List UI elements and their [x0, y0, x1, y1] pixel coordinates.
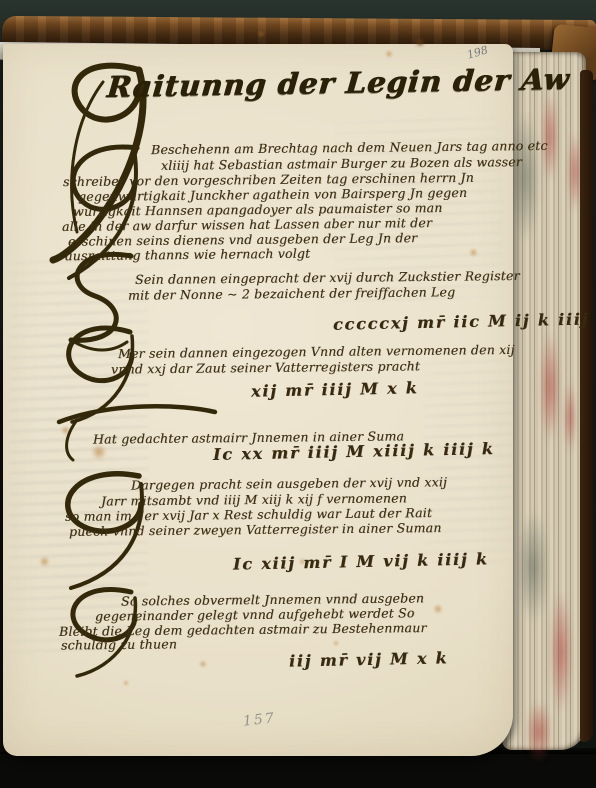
manuscript-page: 198 157 Raitunng der Legin der Aw Besche… [3, 44, 513, 756]
folio-number-ink: 198 [466, 43, 490, 61]
foxing-spot [257, 30, 265, 38]
manuscript-photograph: 198 157 Raitunng der Legin der Aw Besche… [0, 0, 596, 788]
entry-amount: xij mr̄ iiij M x k [251, 378, 419, 401]
foxing-spot [333, 640, 339, 646]
foxing-spot [199, 660, 207, 668]
foxing-spot [123, 680, 129, 686]
entry-line: vnnd xxj dar Zaut seiner Vatterregisters… [111, 358, 420, 376]
fore-edge-stain [510, 112, 540, 242]
entry-line: Sein dannen eingepracht der xvij durch Z… [135, 268, 520, 287]
fore-edge-stain [526, 702, 552, 762]
fore-edge-stain [516, 512, 550, 622]
entry-line: Mer sein dannen eingezogen Vnnd alten ve… [118, 342, 515, 361]
foxing-spot [39, 556, 50, 567]
entry-line: puech vnnd seiner zweyen Vatterregister … [69, 520, 442, 539]
foxing-spot [469, 248, 478, 257]
foxing-spot [415, 36, 425, 48]
fore-edge-stain [540, 332, 560, 442]
paragraph-line: ausraittung thanns wie hernach volgt [65, 246, 310, 264]
page-title: Raitunng der Legin der Aw [106, 62, 571, 104]
entry-amount: Ic xiij mr̄ I M vij k iiij k [233, 549, 489, 573]
entry-line: mit der Nonne ~ 2 bezaichent der freiffa… [128, 284, 455, 302]
book-cover-right-edge [580, 70, 593, 742]
foxing-spot [433, 604, 443, 614]
entry-line: schuldig zu thuen [61, 636, 177, 652]
foxing-spot [61, 426, 70, 435]
fore-edge-stain [564, 382, 576, 452]
foxing-spot [385, 50, 393, 58]
folio-number-pencil: 157 [242, 710, 276, 729]
fore-edge-stain [550, 592, 572, 712]
entry-amount: iij mr̄ vij M x k [289, 648, 449, 670]
